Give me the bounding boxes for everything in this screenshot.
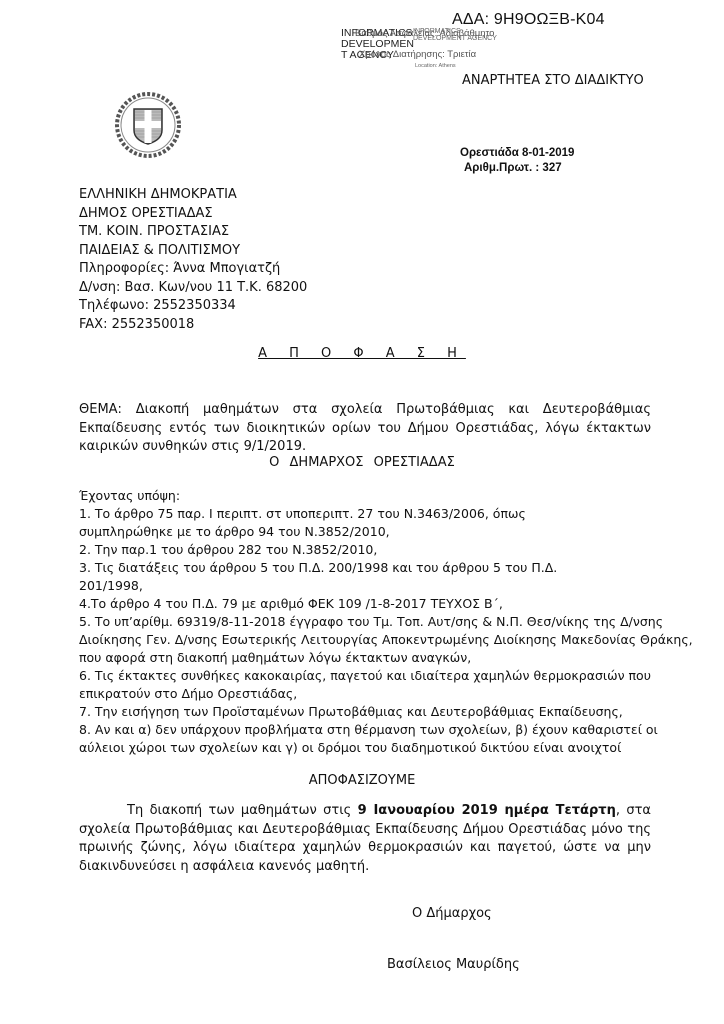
- date-protocol-block: Ορεστιάδα 8-01-2019 Αριθμ.Πρωτ. : 327: [460, 146, 574, 176]
- decision-paragraph: Τη διακοπή των μαθημάτων στις 9 Ιανουαρί…: [79, 802, 651, 876]
- greek-coat-of-arms-icon: [113, 90, 183, 160]
- sender-line: Δ/νση: Βασ. Κων/νου 11 Τ.Κ. 68200: [79, 279, 307, 298]
- signature-name: Βασίλειος Μαυρίδης: [387, 957, 520, 972]
- sender-line: ΔΗΜΟΣ ΟΡΕΣΤΙΑΔΑΣ: [79, 205, 307, 224]
- considering-line: 2. Την παρ.1 του άρθρου 282 του Ν.3852/2…: [79, 541, 659, 559]
- considering-line: που αφορά στη διακοπή μαθημάτων λόγω έκτ…: [79, 649, 659, 667]
- decide-heading: ΑΠΟΦΑΣΙΖΟΥΜΕ: [0, 773, 724, 788]
- sender-line: ΠΑΙΔΕΙΑΣ & ΠΟΛΙΤΙΣΜΟΥ: [79, 242, 307, 261]
- document-title: Α Π Ο Φ Α Σ Η: [0, 346, 724, 361]
- signature-title: Ο Δήμαρχος: [412, 906, 492, 921]
- considering-line: 4.Το άρθρο 4 του Π.Δ. 79 με αριθμό ΦΕΚ 1…: [79, 595, 659, 613]
- considering-line: επικρατούν στο Δήμο Ορεστιάδας,: [79, 685, 659, 703]
- sender-line: Πληροφορίες: Άννα Μπογιατζή: [79, 260, 307, 279]
- internet-notice: ΑΝΑΡΤΗΤΕΑ ΣΤΟ ΔΙΑΔΙΚΤΥΟ: [462, 73, 644, 88]
- considering-line: 1. Το άρθρο 75 παρ. Ι περιπτ. στ υποπερι…: [79, 505, 659, 523]
- protocol-number: Αριθμ.Πρωτ. : 327: [460, 161, 574, 176]
- sender-block: ΕΛΛΗΝΙΚΗ ΔΗΜΟΚΡΑΤΙΑ ΔΗΜΟΣ ΟΡΕΣΤΙΑΔΑΣ ΤΜ.…: [79, 186, 307, 334]
- decision-date: 9 Ιανουαρίου 2019 ημέρα Τετάρτη: [358, 803, 616, 818]
- sender-line: Τηλέφωνο: 2552350334: [79, 297, 307, 316]
- place-date: Ορεστιάδα 8-01-2019: [460, 146, 574, 161]
- stamp-retention: Χρόνος Διατήρησης: Τριετία: [359, 49, 476, 60]
- authority-heading: Ο ΔΗΜΑΡΧΟΣ ΟΡΕΣΤΙΑΔΑΣ: [0, 455, 724, 470]
- considering-line: 8. Αν και α) δεν υπάρχουν προβλήματα στη…: [79, 721, 659, 739]
- considering-line: 7. Την εισήγηση των Προϊσταμένων Πρωτοβά…: [79, 703, 659, 721]
- considering-line: 3. Τις διατάξεις του άρθρου 5 του Π.Δ. 2…: [79, 559, 659, 577]
- sender-line: FAX: 2552350018: [79, 316, 307, 335]
- considering-line: 201/1998,: [79, 577, 659, 595]
- sender-line: ΤΜ. ΚΟΙΝ. ΠΡΟΣΤΑΣΙΑΣ: [79, 223, 307, 242]
- considering-line: συμπληρώθηκε με το άρθρο 94 του Ν.3852/2…: [79, 523, 659, 541]
- considering-list: Έχοντας υπόψη: 1. Το άρθρο 75 παρ. Ι περ…: [79, 487, 659, 757]
- sender-line: ΕΛΛΗΝΙΚΗ ΔΗΜΟΚΡΑΤΙΑ: [79, 186, 307, 205]
- subject: ΘΕΜΑ: Διακοπή μαθημάτων στα σχολεία Πρωτ…: [79, 401, 651, 457]
- stamp-signer: INFORMATICS DEVELOPMENT AGENCY: [413, 28, 501, 42]
- digital-signature-stamp: INFORMATICS DEVELOPMEN T AGENCY Βαθμός Α…: [341, 28, 501, 68]
- considering-line: 6. Τις έκτακτες συνθήκες κακοκαιρίας, πα…: [79, 667, 659, 685]
- ada-code: ΑΔΑ: 9Η9ΟΩΞΒ-Κ04: [452, 11, 605, 29]
- considering-line: αύλειοι χώροι των σχολείων και γ) οι δρό…: [79, 739, 659, 757]
- stamp-location: Location: Athens: [415, 61, 456, 72]
- considering-line: Διοίκησης Γεν. Δ/νσης Εσωτερικής Λειτουρ…: [79, 631, 659, 649]
- considering-line: Έχοντας υπόψη:: [79, 487, 659, 505]
- considering-line: 5. Το υπ’αρίθμ. 69319/8-11-2018 έγγραφο …: [79, 613, 659, 631]
